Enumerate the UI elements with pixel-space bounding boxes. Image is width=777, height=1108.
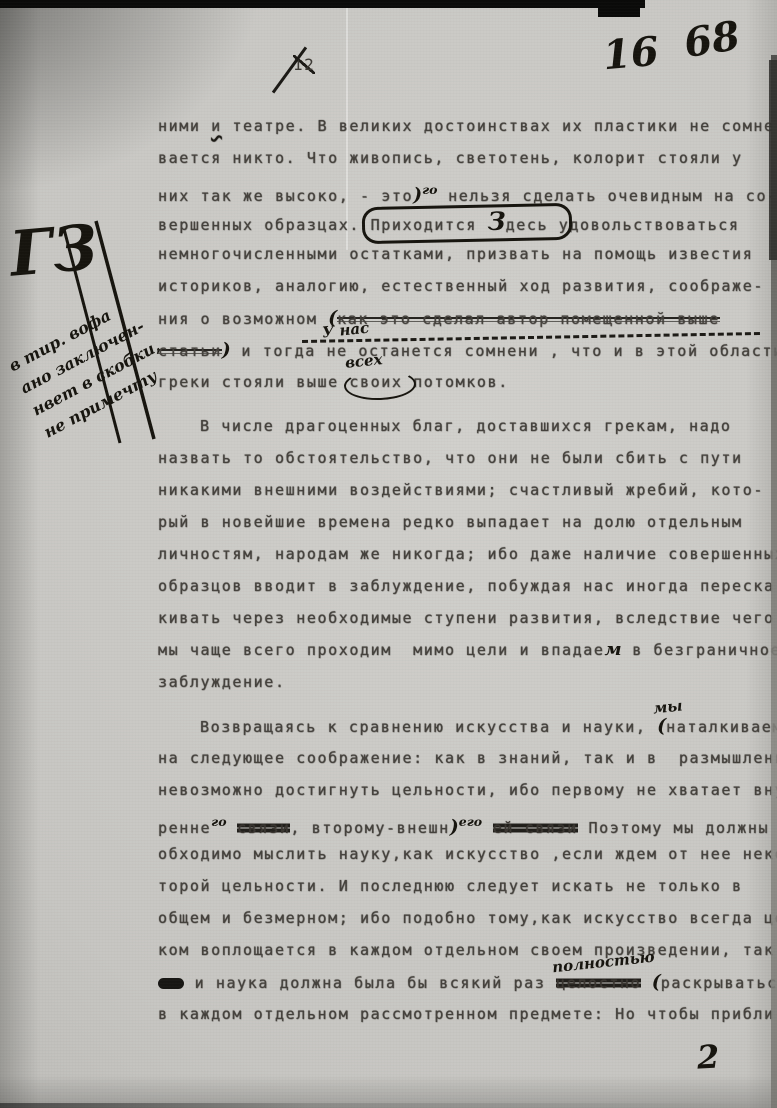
- typed-text: обходимо мыслить науку,как искусство ,ес…: [158, 845, 777, 863]
- typed-text: мы чаще всего проходим мимо цели и впада…: [158, 641, 605, 659]
- typed-text: театре. В великих достоинствах их пласти…: [222, 117, 777, 135]
- struck-typed-text: как это сделал автор помещенной выше: [337, 310, 720, 328]
- handwritten-correction: м: [605, 639, 622, 660]
- typed-text: и наука должна была бы всякий раз: [184, 974, 556, 992]
- typed-line: В числе драгоценных благ, доставшихся гр…: [158, 410, 776, 442]
- typed-line: мы чаще всего проходим мимо цели и впада…: [158, 634, 776, 666]
- typed-text: Поэтому мы должны не-: [578, 819, 777, 837]
- typed-line: на следующее соображение: как в знаний, …: [158, 742, 776, 774]
- typed-line: и наука должна была бы всякий раз целост…: [158, 966, 776, 998]
- typed-text: рый в новейшие времена редко выпадает на…: [158, 513, 743, 531]
- pen-circle-annotation: [362, 203, 573, 244]
- typed-text: невозможно достигнуть цельности, ибо пер…: [158, 781, 777, 799]
- typed-text: в каждом отдельном рассмотренном предмет…: [158, 1005, 777, 1023]
- typescript-body: ними и театре. В великих достоинствах их…: [158, 110, 776, 1042]
- pen-cross-lines: [0, 215, 190, 450]
- typed-line: Возвращаясь к сравнению искусства и наук…: [158, 710, 776, 742]
- typed-text: [641, 974, 652, 992]
- typed-text: образцов вводит в заблуждение, побуждая …: [158, 577, 777, 595]
- typed-text: в безграничное: [622, 641, 777, 659]
- typed-text: немногочисленными остатками, призвать на…: [158, 245, 753, 263]
- typed-line: общем и безмерном; ибо подобно тому,как …: [158, 902, 776, 934]
- typed-text: личностям, народам же никогда; ибо даже …: [158, 545, 777, 563]
- typed-line: ними и театре. В великих достоинствах их…: [158, 110, 776, 142]
- typed-text: ними: [158, 117, 211, 135]
- typed-line: назвать то обстоятельство, что они не бы…: [158, 442, 776, 474]
- typed-line: никакими внешними воздействиями; счастли…: [158, 474, 776, 506]
- handwritten-correction: го: [211, 814, 226, 829]
- typed-line: личностям, народам же никогда; ибо даже …: [158, 538, 776, 570]
- typed-line: кивать через необходимые ступени развити…: [158, 602, 776, 634]
- typed-line: рый в новейшие времена редко выпадает на…: [158, 506, 776, 538]
- typed-line: образцов вводит в заблуждение, побуждая …: [158, 570, 776, 602]
- paragraph: В числе драгоценных благ, доставшихся гр…: [158, 410, 776, 698]
- typed-line: заблуждение.: [158, 666, 776, 698]
- typed-text: [482, 819, 493, 837]
- typed-text: раскрываться: [661, 974, 777, 992]
- typed-line: немногочисленными остатками, призвать на…: [158, 238, 776, 270]
- typed-line: реннего связи, второму-внешн)его ей связ…: [158, 806, 776, 838]
- blacked-out-text: связи: [237, 819, 290, 837]
- handwritten-correction: ): [222, 339, 231, 361]
- typed-text: на следующее соображение: как в знаний, …: [158, 749, 777, 767]
- typed-line: невозможно достигнуть цельности, ибо пер…: [158, 774, 776, 806]
- handwritten-correction: (: [652, 971, 661, 993]
- scanned-page: { "document": { "kind": "typewritten man…: [0, 0, 777, 1108]
- handwritten-folio-number-68: 68: [681, 12, 743, 67]
- handwritten-correction: го: [422, 182, 437, 197]
- handwritten-insertion: мы: [652, 690, 685, 725]
- typed-text: кивать через необходимые ступени развити…: [158, 609, 775, 627]
- typed-line: ния о возможном (как это сделал автор по…: [158, 302, 776, 334]
- handwritten-correction: его: [459, 814, 482, 829]
- typed-text: ренне: [158, 819, 211, 837]
- handwritten-bottom-page-number: 2: [696, 1037, 720, 1076]
- typed-text: заблуждение.: [158, 673, 286, 691]
- typed-text: , второму-внешн: [290, 819, 449, 837]
- typed-text: удовольствоваться: [548, 216, 739, 234]
- typed-text: никакими внешними воздействиями; счастли…: [158, 481, 764, 499]
- typed-text: Возвращаясь к сравнению искусства и наук…: [200, 718, 657, 736]
- typed-text: нельзя сделать очевидным на со-: [438, 187, 777, 205]
- typed-text: потомков.: [403, 373, 509, 391]
- typed-text: и тогда: [231, 342, 327, 360]
- typed-line: историков, аналогию, естественный ход ра…: [158, 270, 776, 302]
- typed-line: греки стояли выше своихвсех потомков.: [158, 366, 776, 398]
- scan-edge-bottom: [0, 1103, 777, 1108]
- typed-line: в каждом отдельном рассмотренном предмет…: [158, 998, 776, 1030]
- handwritten-correction: ): [450, 816, 459, 838]
- typed-char-with-pen-squiggle: и: [211, 117, 222, 135]
- typed-text: торой цельности. И последнюю следует иск…: [158, 877, 743, 895]
- typed-text: , что и в этой области: [539, 342, 777, 360]
- paragraph: Возвращаясь к сравнению искусства и наук…: [158, 710, 776, 1030]
- typed-line: них так же высоко, - это)го нельзя сдела…: [158, 174, 776, 206]
- typed-text: В числе драгоценных благ, доставшихся гр…: [200, 417, 732, 435]
- typed-line: обходимо мыслить науку,как искусство ,ес…: [158, 838, 776, 870]
- scan-edge-top-block: [598, 0, 640, 17]
- handwritten-correction: ): [413, 184, 422, 206]
- typed-line: вается никто. Что живопись, светотень, к…: [158, 142, 776, 174]
- typed-line: торой цельности. И последнюю следует иск…: [158, 870, 776, 902]
- handwritten-folio-number-16: 16: [601, 28, 661, 80]
- typed-text: историков, аналогию, естественный ход ра…: [158, 277, 764, 295]
- typed-text: ком воплощается в каждом отдельном своем…: [158, 941, 775, 959]
- scan-edge-right-dark: [769, 60, 777, 260]
- blacked-out-text: ей связи: [493, 819, 578, 837]
- handwritten-correction: (мы: [657, 715, 666, 737]
- typed-text: общем и безмерном; ибо подобно тому,как …: [158, 909, 777, 927]
- typed-text: них так же высоко, - это: [158, 187, 413, 205]
- typed-line: ком воплощается в каждом отдельном своем…: [158, 934, 776, 966]
- typed-text: вается никто. Что живопись, светотень, к…: [158, 149, 743, 167]
- typed-text: назвать то обстоятельство, что они не бы…: [158, 449, 743, 467]
- handwritten-insertion: У нас: [321, 312, 371, 349]
- ink-blot: [158, 978, 184, 989]
- typed-text: [227, 819, 238, 837]
- blacked-out-text: целостнополностью: [556, 974, 641, 992]
- paragraph: ними и театре. В великих достоинствах их…: [158, 110, 776, 398]
- scan-edge-top: [0, 0, 645, 8]
